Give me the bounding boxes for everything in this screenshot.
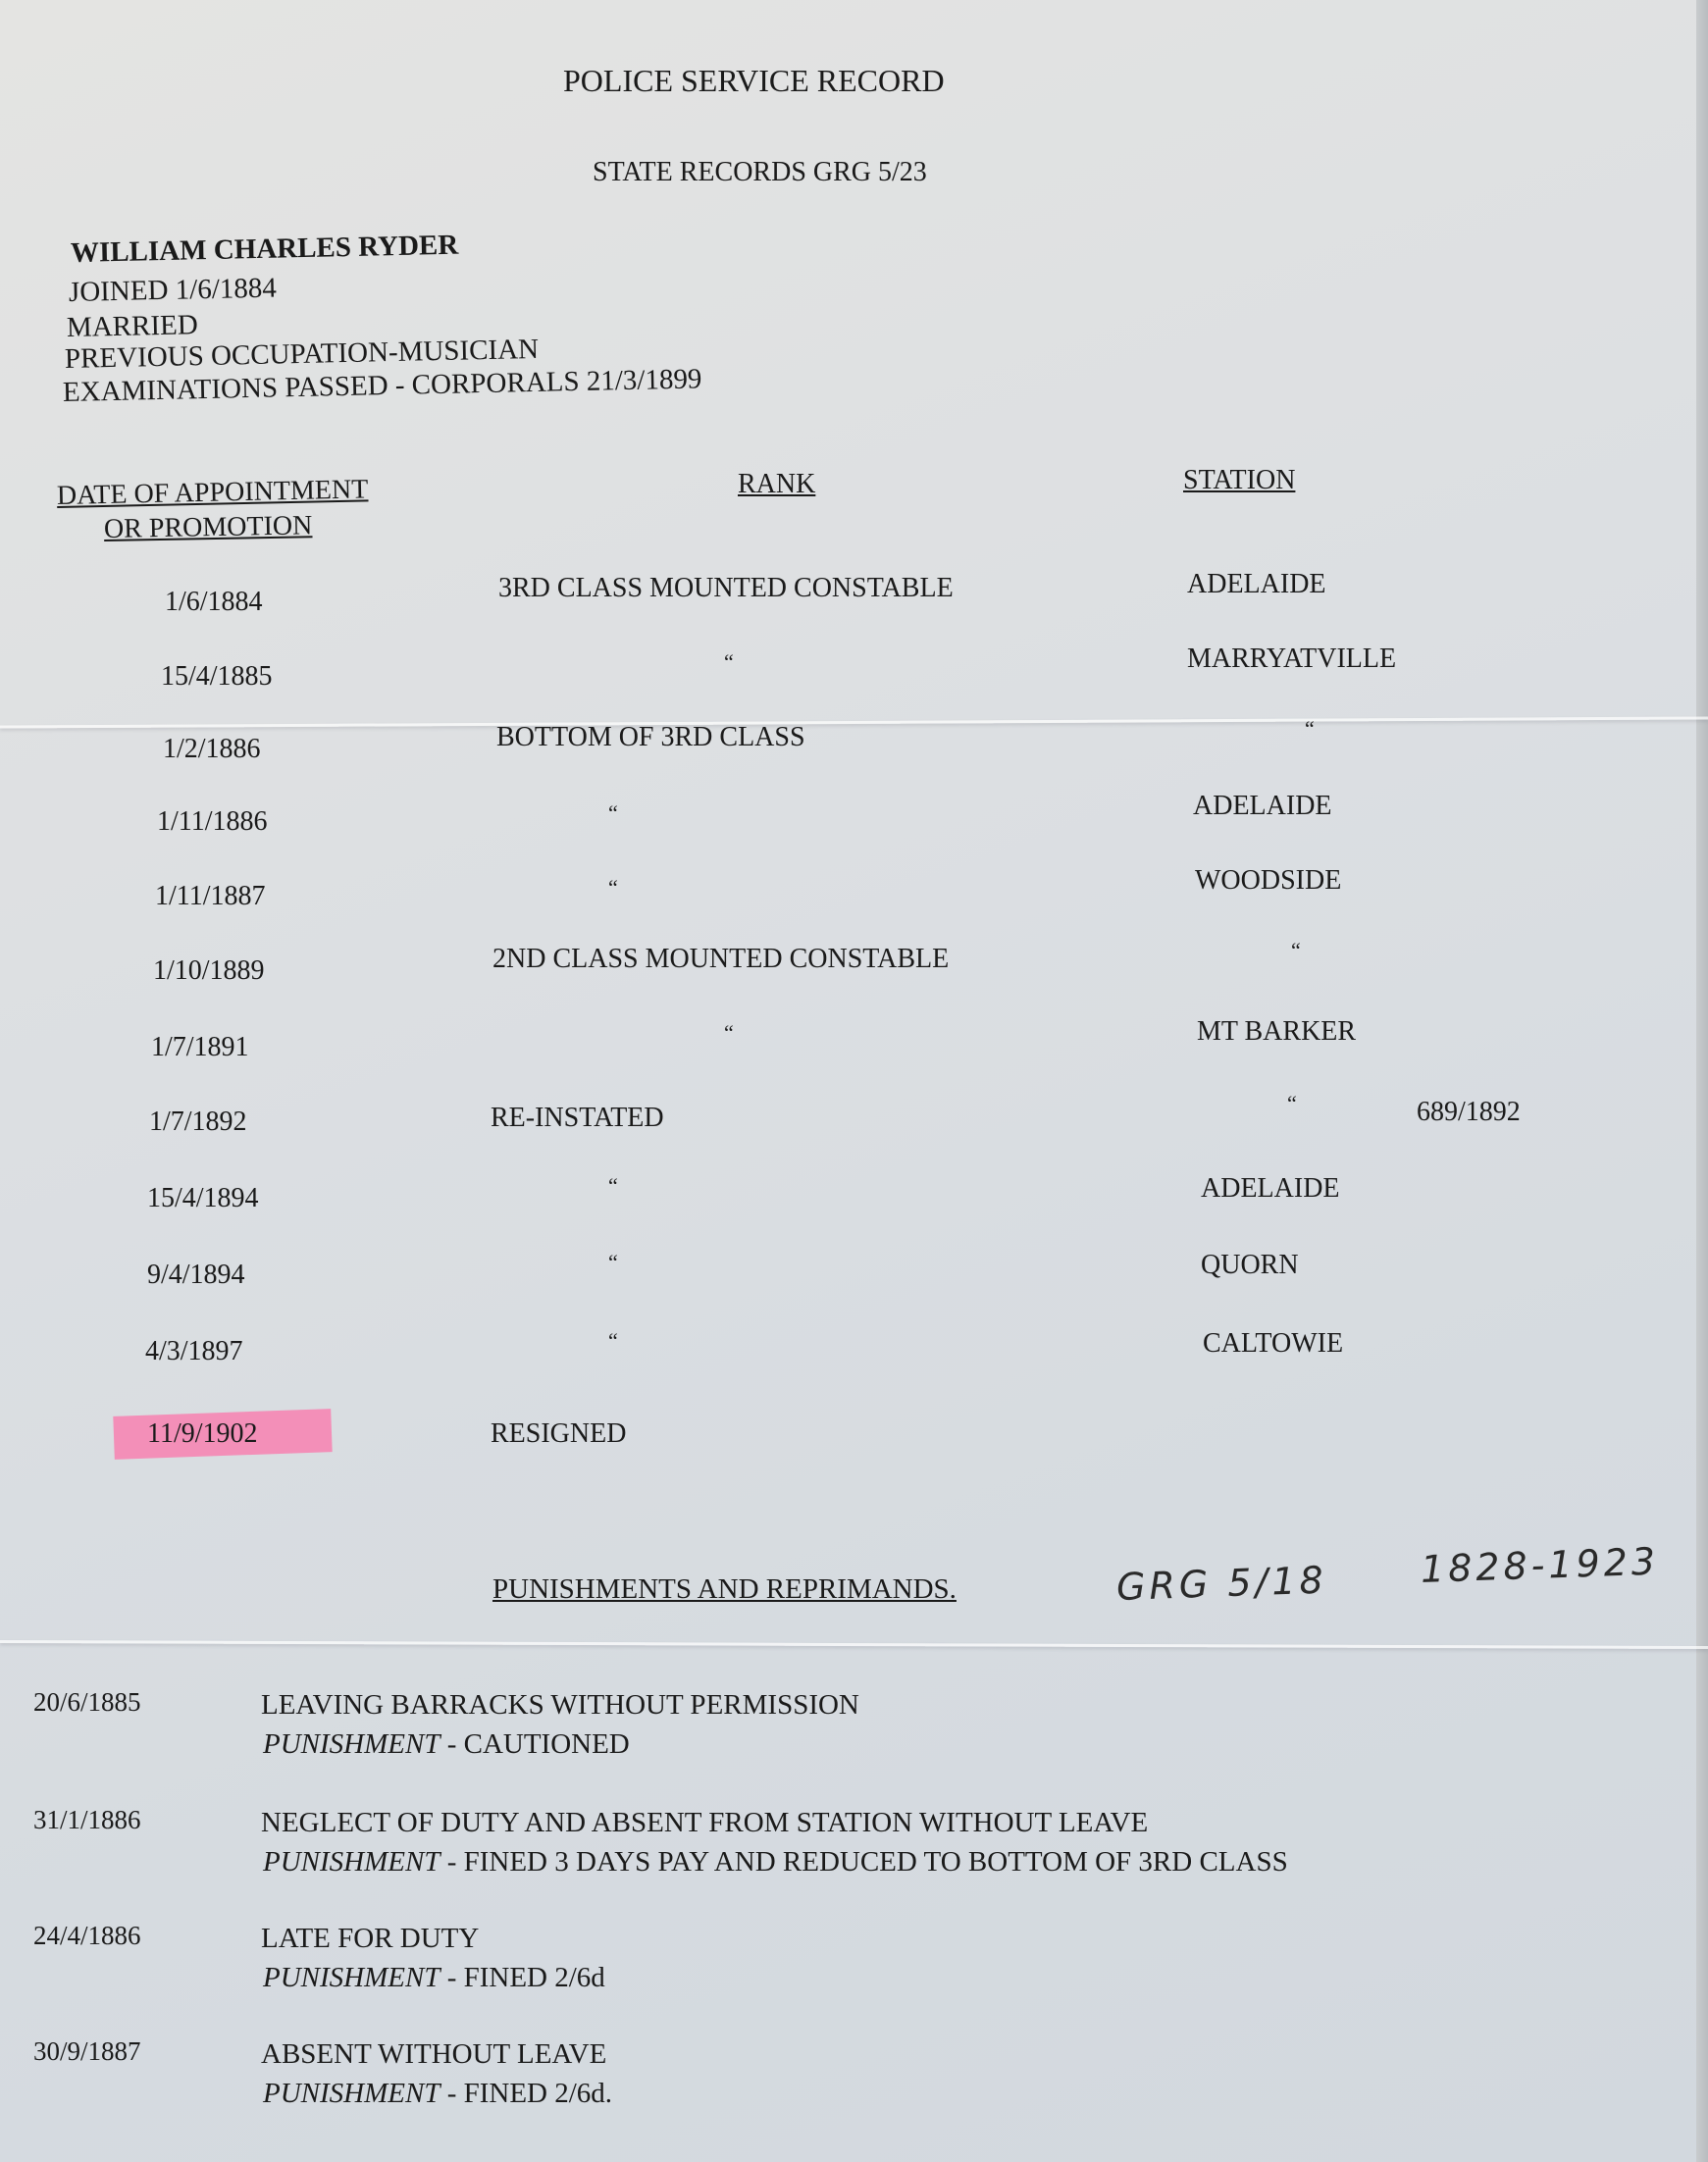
row-station: ADELAIDE (1187, 569, 1326, 600)
document-subtitle: STATE RECORDS GRG 5/23 (593, 157, 927, 188)
row-date: 1/10/1889 (153, 955, 265, 987)
row-rank: “ (608, 1173, 618, 1199)
row-station: “ (1305, 716, 1315, 742)
row-date: 15/4/1885 (161, 661, 273, 693)
person-name: WILLIAM CHARLES RYDER (71, 230, 459, 270)
row-rank: RE-INSTATED (491, 1103, 664, 1134)
document-title: POLICE SERVICE RECORD (563, 63, 945, 99)
row-rank: “ (724, 649, 734, 675)
row-rank: “ (608, 800, 618, 826)
row-station: MARRYATVILLE (1187, 643, 1396, 675)
punishments-heading: PUNISHMENTS AND REPRIMANDS. (492, 1573, 957, 1606)
row-date: 9/4/1894 (147, 1260, 245, 1291)
row-station: MT BARKER (1197, 1016, 1356, 1048)
header-station: STATION (1183, 465, 1295, 496)
row-date: 4/3/1897 (145, 1336, 243, 1367)
header-rank: RANK (738, 469, 815, 500)
punishment-label: PUNISHMENT (263, 1962, 440, 1993)
punishment-date: 31/1/1886 (33, 1805, 141, 1835)
handwritten-years: 1828-1923 (1420, 1540, 1660, 1591)
punishment-date: 24/4/1886 (33, 1921, 141, 1951)
punishment-outcome: - CAUTIONED (440, 1728, 629, 1760)
punishment-outcome: - FINED 3 DAYS PAY AND REDUCED TO BOTTOM… (440, 1846, 1287, 1878)
punishment-result: PUNISHMENT - FINED 3 DAYS PAY AND REDUCE… (263, 1846, 1288, 1879)
row-rank: 3RD CLASS MOUNTED CONSTABLE (498, 573, 954, 604)
joined-date: JOINED 1/6/1884 (69, 273, 278, 309)
handwritten-reference: GRG 5/18 (1115, 1559, 1327, 1609)
header-date-line2: OR PROMOTION (104, 510, 313, 545)
row-date: 1/7/1892 (149, 1107, 247, 1138)
paper-crease (0, 716, 1708, 728)
row-station: “ (1291, 938, 1301, 963)
row-station: “ (1287, 1091, 1297, 1116)
punishment-label: PUNISHMENT (263, 1728, 440, 1760)
row-rank: “ (608, 1328, 618, 1354)
row-station: ADELAIDE (1201, 1173, 1340, 1205)
header-date: DATE OF APPOINTMENT (57, 474, 369, 512)
punishment-result: PUNISHMENT - CAUTIONED (263, 1728, 630, 1761)
row-date: 1/11/1886 (157, 806, 268, 838)
punishment-result: PUNISHMENT - FINED 2/6d (263, 1962, 605, 1994)
row-date: 15/4/1894 (147, 1183, 259, 1214)
row-date: 1/6/1884 (165, 587, 263, 618)
row-date: 11/9/1902 (147, 1418, 258, 1450)
punishment-date: 30/9/1887 (33, 2036, 141, 2067)
row-rank: “ (724, 1020, 734, 1046)
punishment-offence: LATE FOR DUTY (261, 1923, 479, 1955)
row-rank: “ (608, 1250, 618, 1275)
punishment-outcome: - FINED 2/6d. (440, 2078, 612, 2109)
punishment-label: PUNISHMENT (263, 2078, 440, 2109)
row-date: 1/7/1891 (151, 1032, 249, 1063)
paper-edge (1696, 0, 1708, 2162)
row-station: QUORN (1201, 1250, 1299, 1281)
row-rank: “ (608, 875, 618, 901)
row-rank: 2ND CLASS MOUNTED CONSTABLE (492, 944, 949, 975)
row-station: CALTOWIE (1203, 1328, 1343, 1360)
row-date: 1/11/1887 (155, 881, 266, 912)
row-rank: RESIGNED (491, 1418, 626, 1450)
punishment-offence: LEAVING BARRACKS WITHOUT PERMISSION (261, 1689, 859, 1722)
paper-crease (0, 1640, 1708, 1649)
punishment-outcome: - FINED 2/6d (440, 1962, 604, 1993)
row-station: ADELAIDE (1193, 791, 1332, 822)
marital-status: MARRIED (67, 309, 198, 344)
punishment-date: 20/6/1885 (33, 1687, 141, 1718)
row-date: 1/2/1886 (163, 734, 261, 765)
punishment-offence: NEGLECT OF DUTY AND ABSENT FROM STATION … (261, 1807, 1148, 1839)
row-note: 689/1892 (1417, 1097, 1521, 1128)
row-station: WOODSIDE (1195, 865, 1341, 897)
row-rank: BOTTOM OF 3RD CLASS (496, 722, 805, 753)
punishment-offence: ABSENT WITHOUT LEAVE (261, 2038, 606, 2071)
punishment-result: PUNISHMENT - FINED 2/6d. (263, 2078, 612, 2110)
punishment-label: PUNISHMENT (263, 1846, 440, 1878)
